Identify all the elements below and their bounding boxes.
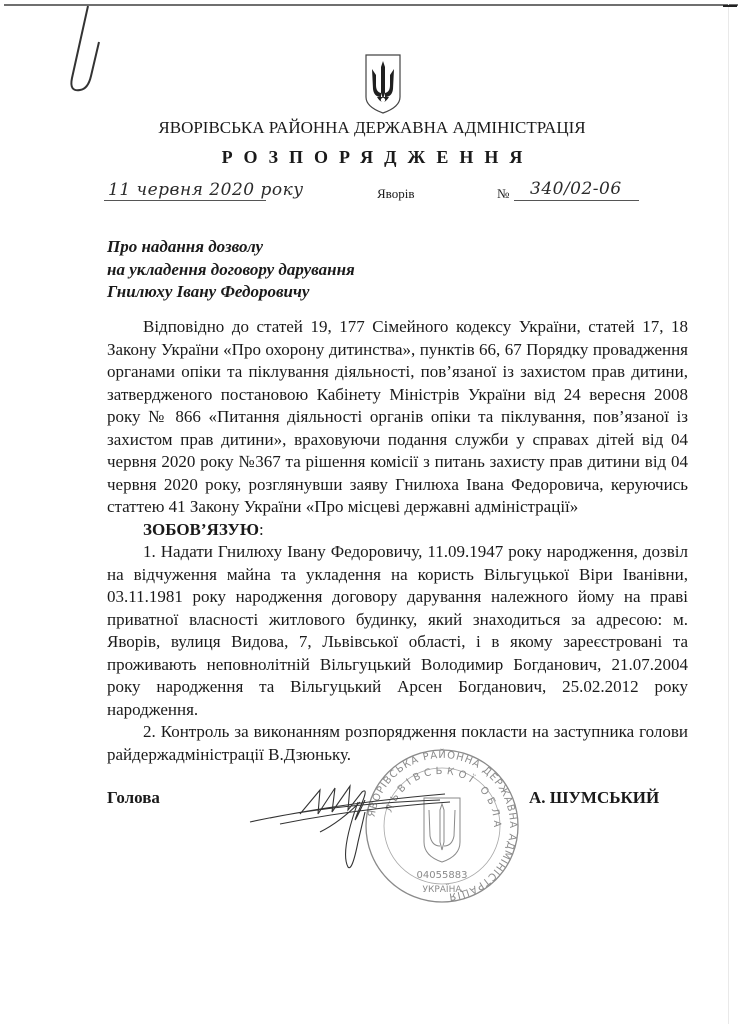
signatory-title: Голова [107, 788, 160, 808]
document-date-line: 11 червня 2020 року Яворів № 340/02-06 [0, 178, 744, 208]
number-sign: № [497, 186, 509, 202]
date-underline [104, 200, 266, 201]
document-number: 340/02-06 [530, 179, 660, 199]
document-date: 11 червня 2020 року [108, 180, 328, 200]
document-type-title: РОЗПОРЯДЖЕННЯ [0, 147, 744, 168]
scan-page-edge-top [4, 4, 738, 6]
order-word: ЗОБОВ’ЯЗУЮ [143, 520, 259, 539]
document-city: Яворів [377, 186, 414, 202]
order-item-1: 1. Надати Гнилюху Івану Федоровичу, 11.0… [107, 541, 688, 721]
order-colon: : [259, 520, 264, 539]
signatory-name: А. ШУМСЬКИЙ [529, 788, 659, 808]
preamble-paragraph: Відповідно до статей 19, 177 Сімейного к… [107, 316, 688, 519]
institution-name: ЯВОРІВСЬКА РАЙОННА ДЕРЖАВНА АДМІНІСТРАЦІ… [0, 118, 744, 138]
scan-page-edge-corner [723, 5, 737, 7]
order-heading: ЗОБОВ’ЯЗУЮ: [107, 519, 688, 542]
subject-line: Про надання дозволу [107, 236, 355, 259]
subject-line: Гнилюху Івану Федоровичу [107, 281, 355, 304]
ukraine-coat-of-arms-icon [364, 53, 402, 115]
signature-block: Голова ЯВОРІВСЬКА РАЙОННА ДЕРЖАВНА АДМІН… [0, 782, 744, 912]
stamp-country: УКРАЇНА [422, 884, 462, 895]
document-subject: Про надання дозволу на укладення договор… [107, 236, 355, 304]
paperclip-icon [60, 2, 110, 97]
subject-line: на укладення договору дарування [107, 259, 355, 282]
document-body: Відповідно до статей 19, 177 Сімейного к… [107, 316, 688, 766]
handwritten-signature-icon [240, 772, 480, 882]
number-underline [514, 200, 639, 201]
